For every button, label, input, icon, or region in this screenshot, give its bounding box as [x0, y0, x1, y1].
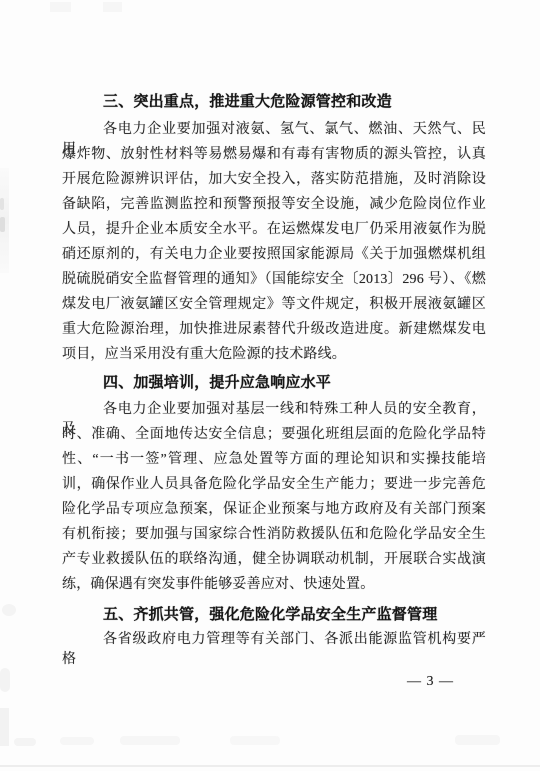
doc-line: 训，确保作业人员具备危险化学品安全生产能力；要进一步完善危	[62, 475, 486, 499]
doc-line: 开展危险源辨识评估，加大安全投入，落实防范措施，及时消除设	[62, 170, 486, 194]
doc-line: 爆炸物、放射性材料等易燃易爆和有毒有害物质的源头管控，认真	[62, 145, 486, 169]
doc-line: 时、准确、全面地传达安全信息；要强化班组层面的危险化学品特	[62, 425, 486, 449]
doc-line: 项目，应当采用没有重大危险源的技术路线。	[62, 345, 486, 369]
doc-line: 性、“一书一签”管理、应急处置等方面的理论知识和实操技能培	[62, 450, 486, 474]
scan-speck	[0, 198, 4, 210]
doc-line: 产专业救援队伍的联络沟通，健全协调联动机制，开展联合实战演	[62, 550, 486, 574]
doc-line: 人员，提升企业本质安全水平。在运燃煤发电厂仍采用液氨作为脱	[62, 220, 486, 244]
scan-speck	[0, 217, 5, 232]
section-heading: 五、齐抓共管，强化危险化学品安全生产监督管理	[62, 605, 527, 629]
scan-edge-streak	[0, 168, 9, 273]
scan-smudge	[2, 604, 16, 616]
doc-line: 练，确保遇有突发事件能够妥善应对、快速处置。	[62, 575, 486, 599]
doc-line: 险化学品专项应急预案，保证企业预案与地方政府及有关部门预案	[62, 500, 486, 524]
page-number: — 3 —	[407, 674, 454, 690]
scan-smudge	[14, 738, 36, 746]
scan-smudge	[0, 708, 9, 746]
section-heading: 三、突出重点，推进重大危险源管控和改造	[62, 92, 527, 116]
doc-line: 各电力企业要加强对基层一线和特殊工种人员的安全教育，及	[62, 400, 486, 424]
doc-line: 重大危险源治理，加快推进尿素替代升级改造进度。新建燃煤发电	[62, 320, 486, 344]
doc-line: 备缺陷，完善监测监控和预警预报等安全设施，减少危险岗位作业	[62, 195, 486, 219]
document-body: 三、突出重点，推进重大危险源管控和改造 各电力企业要加强对液氨、氢气、氯气、燃油…	[62, 0, 486, 771]
doc-line: 有机衔接；要加强与国家综合性消防救援队伍和危险化学品安全生	[62, 525, 486, 549]
scan-smudge	[0, 668, 10, 692]
doc-line: 脱硫脱硝安全监督管理的通知》（国能综安全〔2013〕296 号）、《燃	[62, 270, 486, 294]
section-heading: 四、加强培训，提升应急响应水平	[62, 373, 527, 397]
doc-line: 各省级政府电力管理等有关部门、各派出能源监管机构要严格	[62, 630, 486, 654]
doc-line: 各电力企业要加强对液氨、氢气、氯气、燃油、天然气、民用	[62, 120, 486, 144]
doc-line: 煤发电厂液氨罐区安全管理规定》等文件规定，积极开展液氨罐区	[62, 295, 486, 319]
document-page: 三、突出重点，推进重大危险源管控和改造 各电力企业要加强对液氨、氢气、氯气、燃油…	[0, 0, 540, 771]
doc-line: 硝还原剂的，有关电力企业要按照国家能源局《关于加强燃煤机组	[62, 245, 486, 269]
